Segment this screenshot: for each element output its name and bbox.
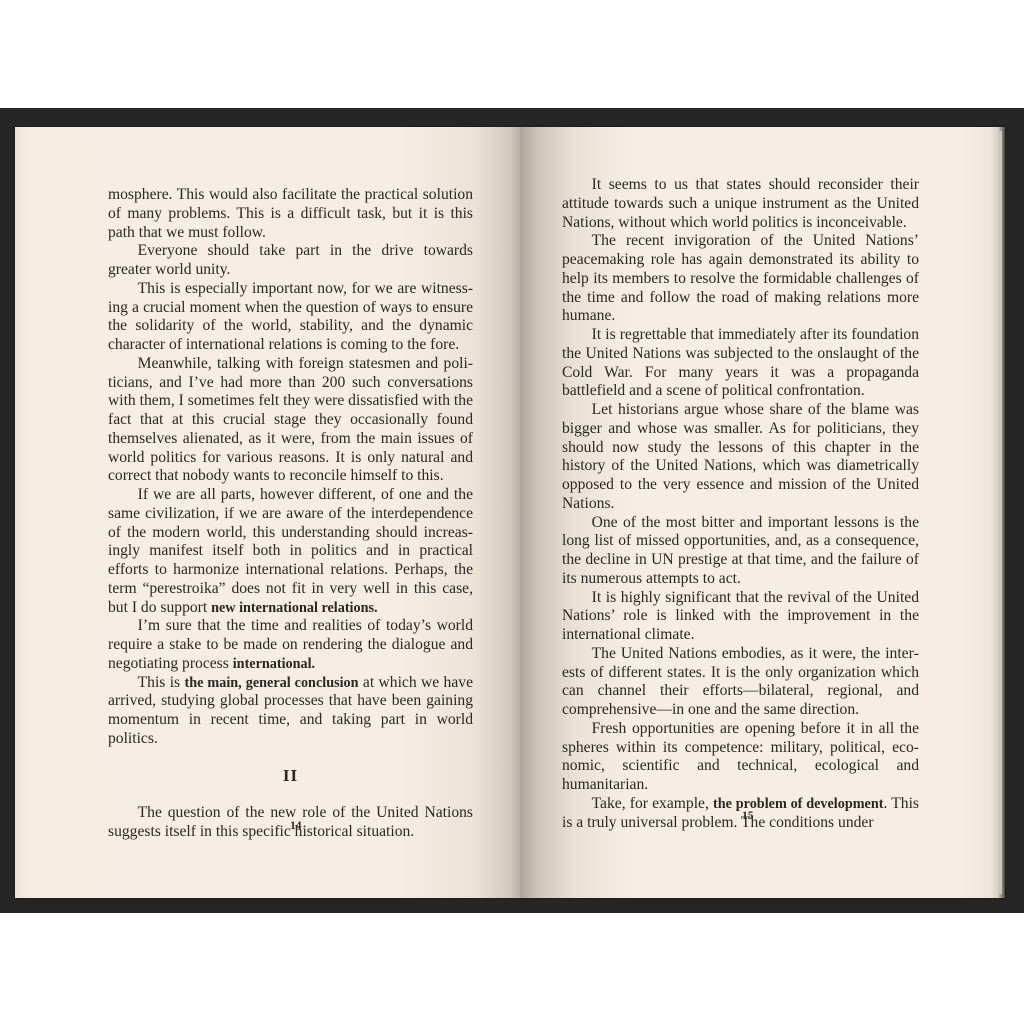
text-run: Everyone should take part in the drive t… <box>108 242 473 278</box>
text-run: It is highly significant that the reviva… <box>562 589 919 644</box>
text-run: This is <box>138 674 185 691</box>
paragraph: One of the most bitter and important les… <box>562 514 919 589</box>
bold-phrase: the main, general conclusion <box>185 675 359 691</box>
paragraph: Fresh opportunities are opening before i… <box>562 720 919 795</box>
text-run: The recent invigoration of the United Na… <box>562 232 919 324</box>
text-run: The United Nations embodies, as it were,… <box>562 645 919 718</box>
text-run: Meanwhile, talking with foreign statesme… <box>108 355 473 485</box>
text-run: This is especially important now, for we… <box>108 280 473 353</box>
paragraph: This is the main, general conclusion at … <box>108 674 473 749</box>
bold-phrase: the problem of development <box>713 796 883 812</box>
paragraph: Take, for example, the problem of develo… <box>562 795 919 833</box>
text-run: Let historians argue whose share of the … <box>562 401 919 512</box>
paragraph: Everyone should take part in the drive t… <box>108 242 473 280</box>
book-spread: mosphere. This would also facilitate the… <box>15 127 1005 898</box>
text-run: mosphere. This would also facilitate the… <box>108 186 473 241</box>
text-run: If we are all parts, however different, … <box>108 486 473 616</box>
left-page-text: mosphere. This would also facilitate the… <box>108 186 473 842</box>
paragraph: It is regrettable that immediately after… <box>562 326 919 401</box>
paragraph: Let historians argue whose share of the … <box>562 401 919 514</box>
paragraph: This is especially important now, for we… <box>108 280 473 355</box>
bold-phrase: international. <box>233 656 315 672</box>
page-number-right: 15 <box>742 810 754 822</box>
paragraph: Meanwhile, talking with foreign statesme… <box>108 355 473 486</box>
page-edge <box>999 131 1002 894</box>
text-run: One of the most bitter and important les… <box>562 514 919 587</box>
text-run: It is regrettable that immediately after… <box>562 326 919 399</box>
paragraph: If we are all parts, however different, … <box>108 486 473 617</box>
section-heading: II <box>108 767 473 786</box>
right-page-text: It seems to us that states should recons… <box>562 176 919 832</box>
paragraph: The United Nations embodies, as it were,… <box>562 645 919 720</box>
bold-phrase: new international relations. <box>211 600 377 616</box>
page-number-left: 14 <box>290 820 302 832</box>
text-run: Take, for example, <box>592 795 713 812</box>
paragraph: I’m sure that the time and realities of … <box>108 617 473 673</box>
paragraph: mosphere. This would also facilitate the… <box>108 186 473 242</box>
paragraph: It seems to us that states should recons… <box>562 176 919 232</box>
paragraph: It is highly significant that the reviva… <box>562 589 919 645</box>
text-run: Fresh opportunities are opening before i… <box>562 720 919 793</box>
paragraph: The recent invigoration of the United Na… <box>562 232 919 326</box>
text-run: It seems to us that states should recons… <box>562 176 919 231</box>
